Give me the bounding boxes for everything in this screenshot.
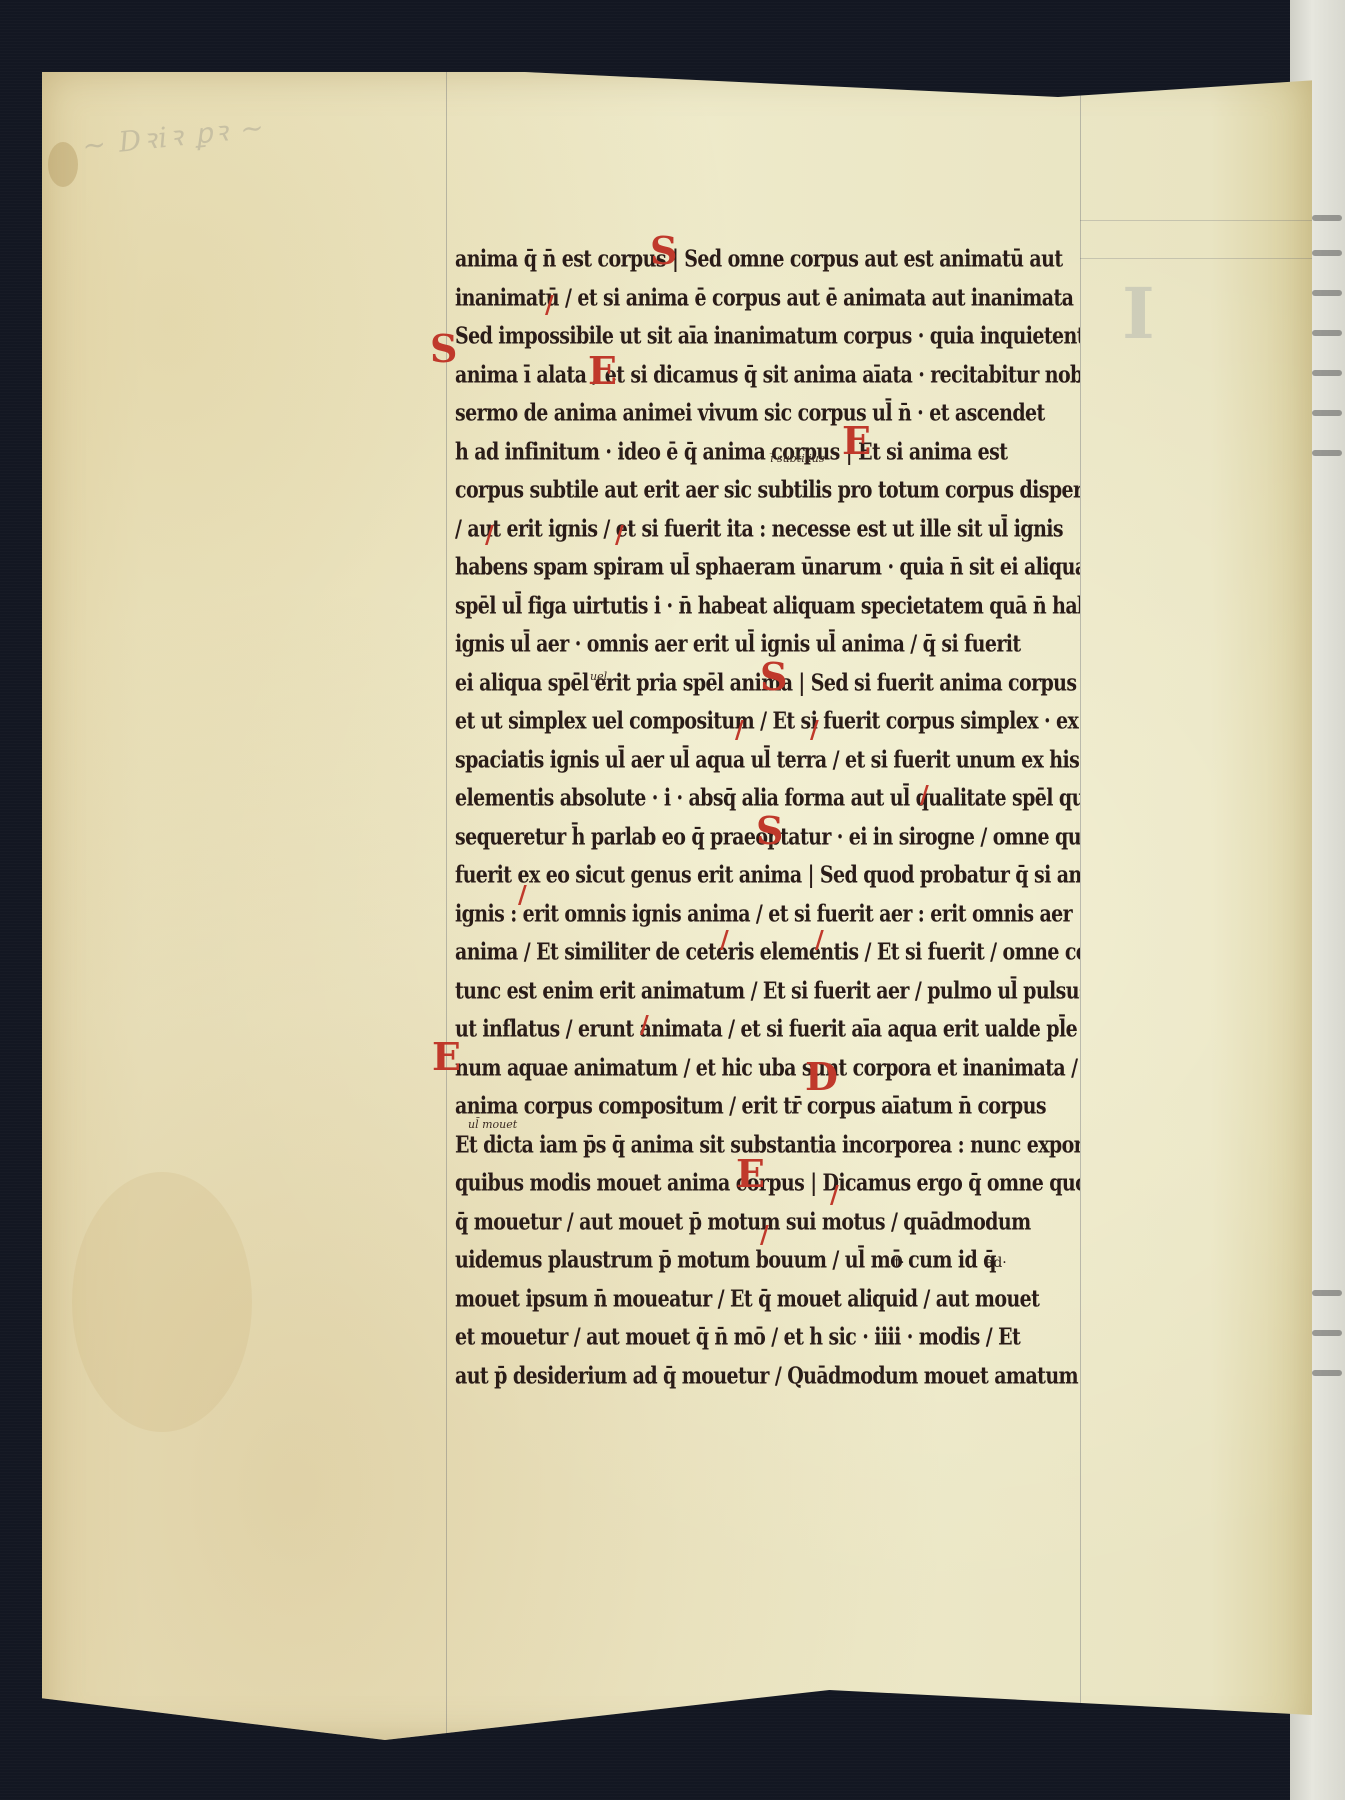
stain: [48, 142, 78, 187]
bleed-through-mark: [1312, 450, 1342, 456]
ruling-line-margin: [1080, 220, 1312, 221]
ruling-line-right: [1080, 72, 1081, 1740]
bleed-through-mark: [1312, 410, 1342, 416]
rubricated-initial: E: [842, 422, 871, 460]
offset-initial-ghost: I: [1122, 272, 1155, 355]
rubricated-initial: S: [650, 232, 677, 270]
bleed-through-mark: [1312, 290, 1342, 296]
rubricated-initial: D: [805, 1058, 838, 1096]
rubricated-initial: E: [588, 352, 617, 390]
rubric-stroke: /: [830, 1180, 839, 1209]
interlinear-gloss: uel: [590, 670, 607, 683]
ruling-line-left: [446, 72, 447, 1740]
rubricated-initial: E: [432, 1038, 461, 1076]
rubric-stroke: /: [920, 780, 929, 809]
rubric-stroke: /: [810, 715, 819, 744]
catchword-mark: ·t·: [890, 1255, 905, 1271]
stain: [72, 1172, 252, 1432]
ruling-line-margin: [1080, 258, 1312, 259]
interlinear-gloss: i̅ subtilius: [770, 452, 825, 465]
rubricated-initial: S: [760, 658, 787, 696]
rubric-stroke: /: [720, 925, 729, 954]
text-line: aut p̄ desiderium ad q̄ mouetur / Quādmo…: [455, 1352, 1080, 1400]
bleed-through-mark: [1312, 1330, 1342, 1336]
rubric-stroke: /: [735, 715, 744, 744]
rubricated-initial: E: [736, 1155, 765, 1193]
rubric-stroke: /: [640, 1010, 649, 1039]
bleed-through-mark: [1312, 330, 1342, 336]
rubric-stroke: /: [815, 925, 824, 954]
catchword-mark: ad·: [985, 1255, 1007, 1271]
rubric-stroke: /: [545, 290, 554, 319]
rubric-stroke: /: [760, 1220, 769, 1249]
rubric-stroke: /: [485, 520, 494, 549]
bleed-through-mark: [1312, 250, 1342, 256]
interlinear-gloss: ul̄ mouet: [468, 1118, 517, 1131]
rubric-stroke: /: [615, 520, 624, 549]
bleed-through-mark: [1312, 1290, 1342, 1296]
rubricated-initial: S: [430, 330, 457, 368]
faded-margin-inscription: ~ Dꝛiꝛ ꝑꝛ ~: [81, 107, 268, 164]
bleed-through-mark: [1312, 1370, 1342, 1376]
rubricated-initial: S: [756, 812, 783, 850]
bleed-through-mark: [1312, 370, 1342, 376]
rubric-stroke: /: [518, 880, 527, 909]
bleed-through-mark: [1312, 215, 1342, 221]
